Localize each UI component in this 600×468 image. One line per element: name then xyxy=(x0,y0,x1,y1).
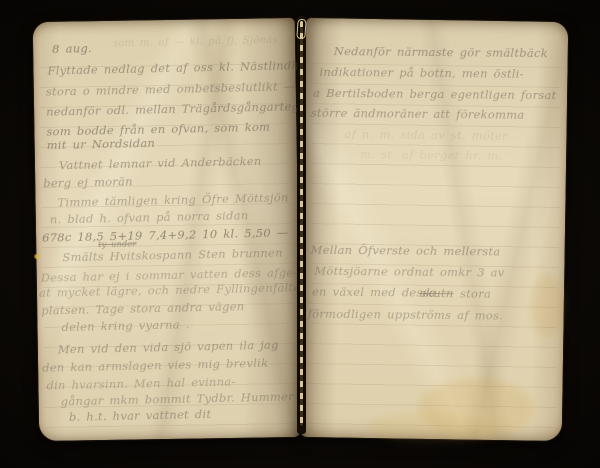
handwriting-line: berg ej morän xyxy=(43,174,133,190)
right-page: Nedanför närmaste gör smältbäckindikatio… xyxy=(300,18,569,441)
handwriting-line: Möttsjöarne ordnat omkr 3 av xyxy=(314,264,504,280)
handwriting-line: Vattnet lemnar vid Anderbäcken xyxy=(59,154,262,172)
handwriting-line: Men vid den vida sjö vapen ila jag xyxy=(58,338,279,357)
handwriting-line: 678c 18,5 5+19 7,4+9,2 10 kl. 5,50 — xyxy=(42,225,289,244)
handwriting-line: n. blad h. ofvan på norra sidan xyxy=(50,208,249,226)
handwriting-line: mit ur Nordsidan xyxy=(47,136,156,152)
handwriting-line: som bodde från en ofvan, som kom xyxy=(46,120,270,139)
handwriting-line: m. st. af berget hr. m. xyxy=(360,147,502,162)
handwriting-line: Timme tämligen kring Öfre Möttsjön xyxy=(57,190,288,209)
spine-binding xyxy=(297,16,306,434)
handwriting-line: som m. af — kl. på fj. Sjönäs xyxy=(113,35,278,50)
handwriting-line: Smälts Hvitskospann Sten brunnen xyxy=(62,246,283,265)
handwriting-line: Flyttade nedlag det af oss kl. Nästlindh xyxy=(47,58,299,77)
handwriting-line: a Bertilsboden berga egentligen forsat xyxy=(313,86,556,102)
handwriting-line: större ändmoräner att förekomma xyxy=(311,106,525,122)
thread-knot xyxy=(296,19,306,40)
open-notebook: 8 aug.som m. af — kl. på fj. SjönäsFlytt… xyxy=(0,0,600,468)
handwriting-line: af n. m. sida av st. möter xyxy=(344,127,507,143)
handwriting-line: din hvarsinn. Men hal evinna- xyxy=(46,374,235,392)
handwriting-line: b. h.t. hvar vattnet dit xyxy=(69,407,212,424)
handwriting-line: ty under xyxy=(98,239,136,249)
handwriting-line: nedanför odl. mellan Trägårdsgångartegel xyxy=(46,99,310,119)
stitching-thread xyxy=(300,21,303,426)
handwriting-line: stora xyxy=(460,287,491,301)
handwriting-line: Mellan Öfverste och mellersta xyxy=(311,243,501,259)
left-page: 8 aug.som m. af — kl. på fj. SjönäsFlytt… xyxy=(33,18,302,441)
handwriting-line: gångar mkm bommit Tydbr. Hummer xyxy=(61,389,294,408)
left-page-handwriting: 8 aug.som m. af — kl. på fj. SjönäsFlytt… xyxy=(33,18,302,441)
right-page-handwriting: Nedanför närmaste gör smältbäckindikatio… xyxy=(300,18,569,441)
photo-background: 8 aug.som m. af — kl. på fj. SjönäsFlytt… xyxy=(0,0,600,468)
handwriting-line: förmodligen uppströms af mos. xyxy=(308,307,504,323)
handwriting-line: 8 aug. xyxy=(52,41,92,56)
handwriting-line: platsen. Tage stora andra vägen xyxy=(41,299,244,317)
handwriting-line: Nedanför närmaste gör smältbäck xyxy=(334,44,548,60)
handwriting-line: den kan armslagen vies mig brevlik xyxy=(42,356,268,375)
handwriting-line: en växel med dessa xyxy=(312,284,436,299)
handwriting-line: indikationer på bottn, men östli- xyxy=(319,65,524,81)
handwriting-line: skutn xyxy=(420,286,454,300)
handwriting-line: delen kring vyarna . xyxy=(61,317,189,334)
handwriting-line: stora o mindre med ombetsbeslutlikt — xyxy=(46,79,296,98)
